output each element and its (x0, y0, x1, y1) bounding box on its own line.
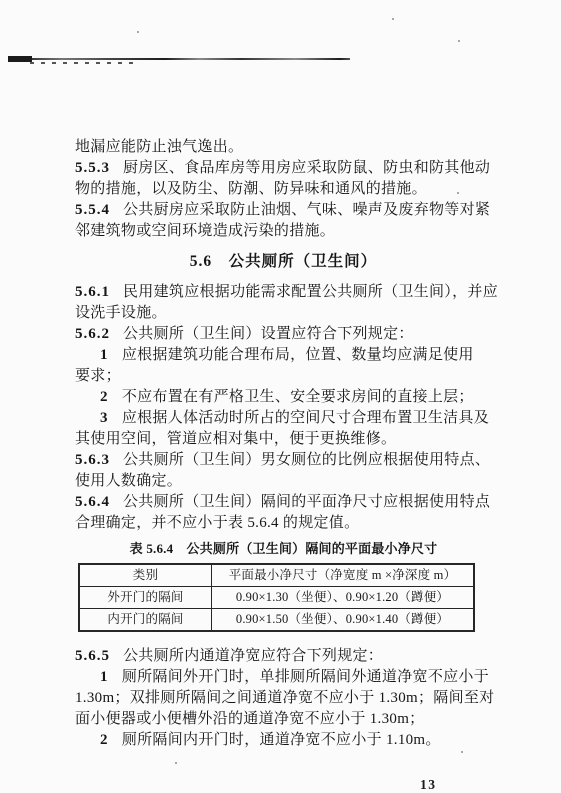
clause-5-5-4-line1: 5.5.4公共厨房应采取防止油烟、气味、噪声及废弃物等对紧 (75, 200, 492, 221)
item-number: 2 (100, 732, 108, 748)
clause-5-6-2-line1: 5.6.2公共厕所（卫生间）设置应符合下列规定： (75, 324, 492, 345)
table-cell: 外开门的隔间 (79, 587, 212, 609)
clause-5-6-1-line2: 设洗手设施。 (75, 303, 492, 324)
clause-5-6-2-item2-line1: 2不应布置在有严格卫生、安全要求房间的直接上层； (75, 387, 492, 408)
table-cell: 0.90×1.50（坐便）、0.90×1.40（蹲便） (212, 609, 475, 632)
clause-5-6-2-item3-line1: 3应根据人体活动时所占的空间尺寸合理布置卫生洁具及 (75, 408, 492, 429)
table-row: 内开门的隔间 0.90×1.50（坐便）、0.90×1.40（蹲便） (79, 609, 474, 632)
noise-speck (137, 31, 139, 33)
item-text: 应根据建筑功能合理布局，位置、数量均应满足使用 (122, 347, 474, 363)
table-5-6-4: 类别 平面最小净尺寸（净宽度 m ×净深度 m） 外开门的隔间 0.90×1.3… (78, 563, 475, 632)
clause-text: 公共厕所（卫生间）隔间的平面净尺寸应根据使用特点 (123, 494, 490, 510)
clause-5-6-4-line2: 合理确定，并不应小于表 5.6.4 的规定值。 (75, 513, 492, 534)
noise-speck (458, 40, 460, 42)
clause-number: 5.6.4 (75, 494, 110, 510)
item-number: 2 (100, 389, 108, 405)
clause-5-6-2-item1-line1: 1应根据建筑功能合理布局，位置、数量均应满足使用 (75, 345, 492, 366)
page-number: 13 (420, 777, 437, 793)
item-text: 厕所隔间内开门时，通道净宽不应小于 1.10m。 (122, 732, 441, 748)
item-text: 厕所隔间外开门时，单排厕所隔间外通道净宽不应小于 (122, 669, 489, 685)
clause-number: 5.6.2 (75, 326, 110, 342)
clause-text: 公共厕所内通道净宽应符合下列规定： (123, 648, 383, 664)
item-text: 应根据人体活动时所占的空间尺寸合理布置卫生洁具及 (122, 410, 489, 426)
table-title: 表 5.6.4 公共厕所（卫生间）隔间的平面最小净尺寸 (75, 540, 492, 558)
clause-number: 5.6.5 (75, 648, 110, 664)
clause-5-6-5-item1-line1: 1厕所隔间外开门时，单排厕所隔间外通道净宽不应小于 (75, 667, 492, 688)
clause-5-6-3-line2: 使用人数确定。 (75, 471, 492, 492)
clause-number: 5.6.1 (75, 284, 110, 300)
item-text: 不应布置在有严格卫生、安全要求房间的直接上层； (122, 389, 474, 405)
clause-number: 5.5.3 (75, 160, 110, 176)
clause-5-6-5-block: 5.6.5公共厕所内通道净宽应符合下列规定： 1厕所隔间外开门时，单排厕所隔间外… (75, 646, 492, 751)
clause-5-6-5-line1: 5.6.5公共厕所内通道净宽应符合下列规定： (75, 646, 492, 667)
clause-5-5-4-line2: 邻建筑物或空间环境造成污染的措施。 (75, 221, 492, 242)
clause-5-5-3-line2: 物的措施，以及防尘、防潮、防异味和通风的措施。 (75, 179, 492, 200)
clause-5-6-5-item1-line3: 面小便器或小便槽外沿的通道净宽不应小于 1.30m； (75, 709, 492, 730)
item-number: 1 (100, 347, 108, 363)
text-line: 地漏应能防止浊气逸出。 (75, 137, 492, 158)
clause-number: 5.5.4 (75, 202, 110, 218)
clause-5-6-5-item2-line1: 2厕所隔间内开门时，通道净宽不应小于 1.10m。 (75, 730, 492, 751)
table-header-row: 类别 平面最小净尺寸（净宽度 m ×净深度 m） (79, 564, 474, 587)
table-row: 外开门的隔间 0.90×1.30（坐便）、0.90×1.20（蹲便） (79, 587, 474, 609)
clause-5-5-3-line1: 5.5.3厨房区、食品库房等用房应采取防鼠、防虫和防其他动 (75, 158, 492, 179)
clause-5-6-1-line1: 5.6.1民用建筑应根据功能需求配置公共厕所（卫生间），并应 (75, 282, 492, 303)
clause-5-6-2-item1-line2: 要求； (75, 366, 492, 387)
clause-number: 5.6.3 (75, 452, 110, 468)
item-number: 3 (100, 410, 108, 426)
table-header-cell: 平面最小净尺寸（净宽度 m ×净深度 m） (212, 564, 475, 587)
table-cell: 内开门的隔间 (79, 609, 212, 632)
clause-text: 公共厕所（卫生间）男女厕位的比例应根据使用特点、 (123, 452, 490, 468)
clause-text: 公共厨房应采取防止油烟、气味、噪声及废弃物等对紧 (123, 202, 490, 218)
scan-artifact-line (8, 58, 350, 60)
clause-5-6-3-line1: 5.6.3公共厕所（卫生间）男女厕位的比例应根据使用特点、 (75, 450, 492, 471)
clause-5-6-5-item1-line2: 1.30m；双排厕所隔间之间通道净宽不应小于 1.30m；隔间至对 (75, 688, 492, 709)
table-cell: 0.90×1.30（坐便）、0.90×1.20（蹲便） (212, 587, 475, 609)
item-number: 1 (100, 669, 108, 685)
clause-5-6-2-item3-line2: 其使用空间，管道应相对集中，便于更换维修。 (75, 429, 492, 450)
scanned-document-page: 地漏应能防止浊气逸出。 5.5.3厨房区、食品库房等用房应采取防鼠、防虫和防其他… (0, 0, 561, 793)
clause-text: 公共厕所（卫生间）设置应符合下列规定： (123, 326, 414, 342)
noise-speck (175, 762, 177, 764)
clause-5-6-4-line1: 5.6.4公共厕所（卫生间）隔间的平面净尺寸应根据使用特点 (75, 492, 492, 513)
clause-text: 厨房区、食品库房等用房应采取防鼠、防虫和防其他动 (123, 160, 490, 176)
table-header-cell: 类别 (79, 564, 212, 587)
section-heading-5-6: 5.6 公共厕所（卫生间） (75, 251, 492, 273)
clause-text: 民用建筑应根据功能需求配置公共厕所（卫生间），并应 (123, 284, 498, 300)
noise-speck (392, 18, 394, 20)
scan-artifact-ticks (30, 62, 140, 64)
document-body: 地漏应能防止浊气逸出。 5.5.3厨房区、食品库房等用房应采取防鼠、防虫和防其他… (75, 137, 492, 751)
noise-speck (461, 751, 463, 753)
